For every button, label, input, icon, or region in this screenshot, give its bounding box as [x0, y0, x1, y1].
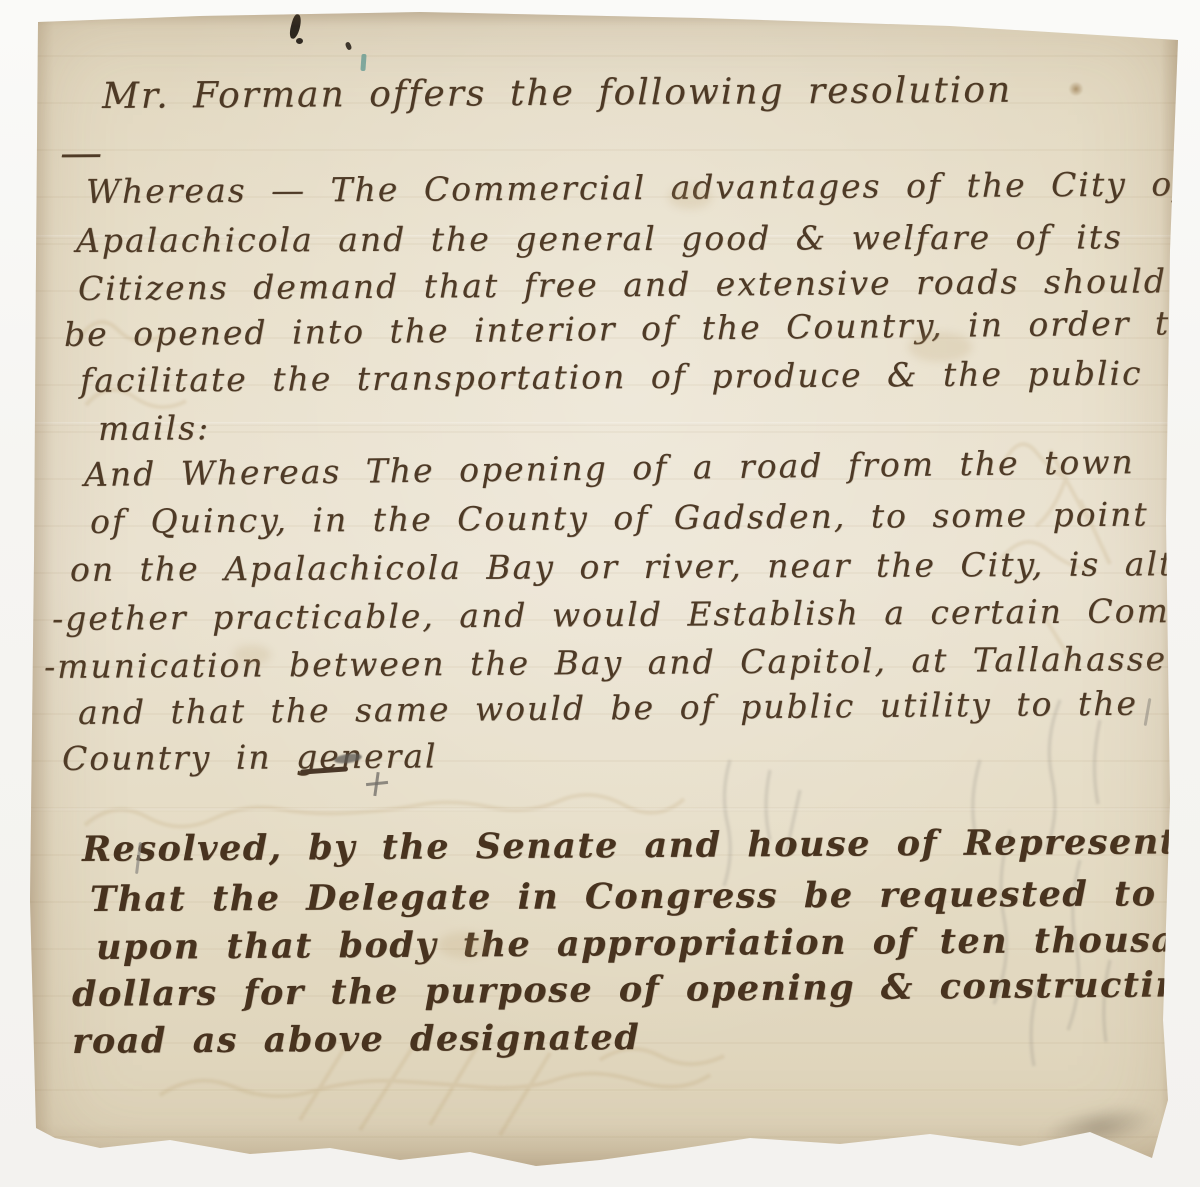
- paper-vignette: [28, 10, 1182, 1170]
- manuscript-page: Mr. Forman offers the following resoluti…: [28, 10, 1182, 1170]
- scan-background: { "doc": { "kind_label": "", "lines": [ …: [0, 0, 1200, 1187]
